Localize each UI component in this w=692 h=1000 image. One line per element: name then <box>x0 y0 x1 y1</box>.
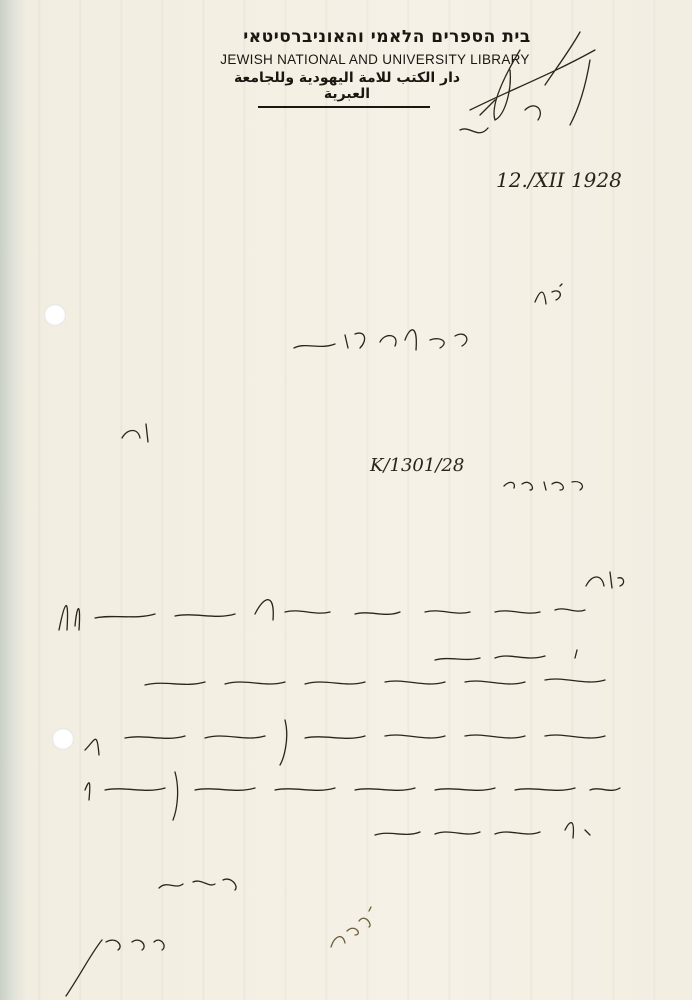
handwriting-paragraph-2 <box>85 660 645 870</box>
handwriting-subject <box>500 468 595 498</box>
handwriting-place <box>118 420 158 446</box>
handwriting-salutation-to <box>530 282 570 312</box>
letter-date: 12./XII 1928 <box>496 168 622 192</box>
handwriting-closing <box>155 868 245 896</box>
reference-number: K/1301/28 <box>370 455 464 476</box>
punch-hole-top <box>44 304 66 326</box>
handwriting-paragraph-1 <box>55 590 615 665</box>
letterhead-arabic: دار الكتب للامة اليهودية وللجامعة العبري… <box>232 70 462 102</box>
handwriting-initials <box>325 905 380 955</box>
punch-hole-bottom <box>52 728 74 750</box>
handwriting-signature-block <box>62 932 172 1000</box>
margin-signature <box>450 30 600 150</box>
handwriting-addressee <box>290 320 480 365</box>
letterhead-underline <box>258 106 430 108</box>
